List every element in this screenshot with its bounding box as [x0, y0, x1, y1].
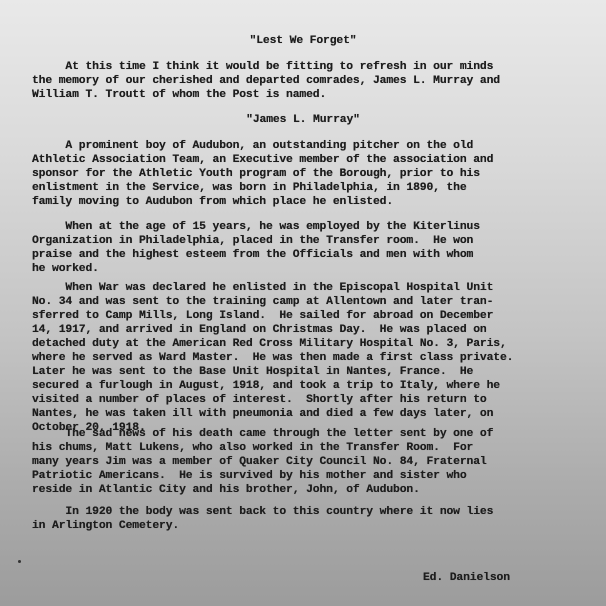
- paragraph-line: where he served as Ward Master. He was t…: [32, 351, 513, 365]
- intro-line: William T. Troutt of whom the Post is na…: [32, 88, 326, 102]
- intro-line: the memory of our cherished and departed…: [32, 74, 500, 88]
- paragraph-line: praise and the highest esteem from the O…: [32, 248, 473, 262]
- ink-speck: [18, 560, 21, 563]
- paragraph-line: his chums, Matt Lukens, who also worked …: [32, 441, 473, 455]
- paragraph-line: Organization in Philadelphia, placed in …: [32, 234, 473, 248]
- paragraph-line: The sad news of his death came through t…: [32, 427, 493, 441]
- signature: Ed. Danielson: [423, 571, 510, 585]
- paragraph-line: Patriotic Americans. He is survived by h…: [32, 469, 467, 483]
- paragraph-line: No. 34 and was sent to the training camp…: [32, 295, 493, 309]
- paragraph-line: reside in Atlantic City and his brother,…: [32, 483, 420, 497]
- paragraph-line: A prominent boy of Audubon, an outstandi…: [32, 139, 473, 153]
- paragraph-line: Later he was sent to the Base Unit Hospi…: [32, 365, 473, 379]
- paragraph-line: Nantes, he was taken ill with pneumonia …: [32, 407, 493, 421]
- intro-line: At this time I think it would be fitting…: [32, 60, 493, 74]
- paragraph-line: detached duty at the American Red Cross …: [32, 337, 507, 351]
- paragraph-line: visited a number of places of interest. …: [32, 393, 487, 407]
- paragraph-line: sponsor for the Athletic Youth program o…: [32, 167, 480, 181]
- paragraph-line: 14, 1917, and arrived in England on Chri…: [32, 323, 487, 337]
- paragraph-line: many years Jim was a member of Quaker Ci…: [32, 455, 487, 469]
- paragraph-line: he worked.: [32, 262, 99, 276]
- typewritten-page: "Lest We Forget" At this time I think it…: [0, 0, 606, 606]
- paragraph-line: sferred to Camp Mills, Long Island. He s…: [32, 309, 493, 323]
- paragraph-line: secured a furlough in August, 1918, and …: [32, 379, 500, 393]
- paragraph-line: When at the age of 15 years, he was empl…: [32, 220, 480, 234]
- paragraph-line: When War was declared he enlisted in the…: [32, 281, 493, 295]
- paragraph-line: Athletic Association Team, an Executive …: [32, 153, 493, 167]
- paragraph-line: family moving to Audubon from which plac…: [32, 195, 393, 209]
- document-title: "Lest We Forget": [0, 34, 606, 48]
- paragraph-line: In 1920 the body was sent back to this c…: [32, 505, 493, 519]
- paragraph-line: in Arlington Cemetery.: [32, 519, 179, 533]
- section-subtitle: "James L. Murray": [0, 113, 606, 127]
- paragraph-line: enlistment in the Service, was born in P…: [32, 181, 467, 195]
